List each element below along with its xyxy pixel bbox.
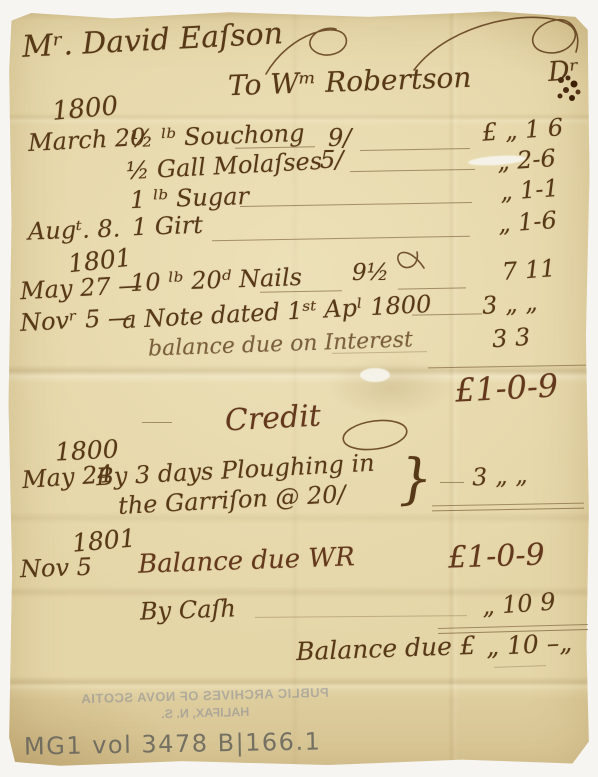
debit-row-amount: 3 „ „ [481,290,538,318]
debit-row-amount: „ 1-1 [499,176,559,204]
scanned-document: Mʳ. David Eaſson To Wᵐ Robertson Dʳ 1800… [0,0,598,777]
balance-row-date: Nov 5 [20,555,93,581]
balance-row-amount: £1-0-9 [448,540,546,573]
ink-blot [556,74,560,78]
debit-row-desc: 1 Girt [132,213,204,239]
ink-rule-line [440,482,464,483]
credit-row-brace: } [397,451,433,506]
debit-row-amount: „ 1-6 [497,208,557,236]
debit-row-amount: 7 11 [501,256,556,284]
archive-stamp: PUBLIC ARCHIVES OF NOVA SCOTIA HALIFAX, … [75,685,336,724]
tear-spot [360,368,390,382]
credit-row-amount: 3 „ „ [471,463,528,490]
debit-year-1800: 1800 [51,93,119,125]
debit-row-amount: 3 3 [491,325,531,352]
debit-row-date: March 20 [27,125,146,155]
archival-reference-pencil: MG1 vol 3478 B|166.1 [24,727,322,760]
debit-total-amount: £1-0-9 [454,369,559,406]
cash-row-amount: „ 10 9 [481,589,556,618]
ink-rule-line [142,422,172,423]
debit-row-amount: „ 2-6 [496,146,556,174]
to-payee-line: To Wᵐ Robertson [228,64,472,100]
cash-row-desc: By Caſh [140,596,237,623]
debit-row-date: May 27 — [19,273,142,303]
final-balance-label: Balance due £ [296,633,477,664]
balance-row-desc: Balance due WR [138,544,356,578]
debit-row-desc: 1 ˡᵇ Sugar [130,184,250,212]
debit-row-rate: 9½ [352,262,389,285]
debit-row-amount: £ „ 1 6 [481,115,564,145]
debit-row-rate: 5/ [320,148,343,172]
debit-row-date: Novʳ 5 — [19,305,132,335]
credit-heading: Credit [224,402,321,437]
final-balance-amount: „ 10 –„ [485,630,572,659]
debit-row-date: Augᵗ. 8. [28,216,121,243]
dr-abbreviation: Dʳ [547,57,580,86]
credit-year-1801: 1801 [71,525,137,555]
flourish-curl-icon [390,242,430,276]
